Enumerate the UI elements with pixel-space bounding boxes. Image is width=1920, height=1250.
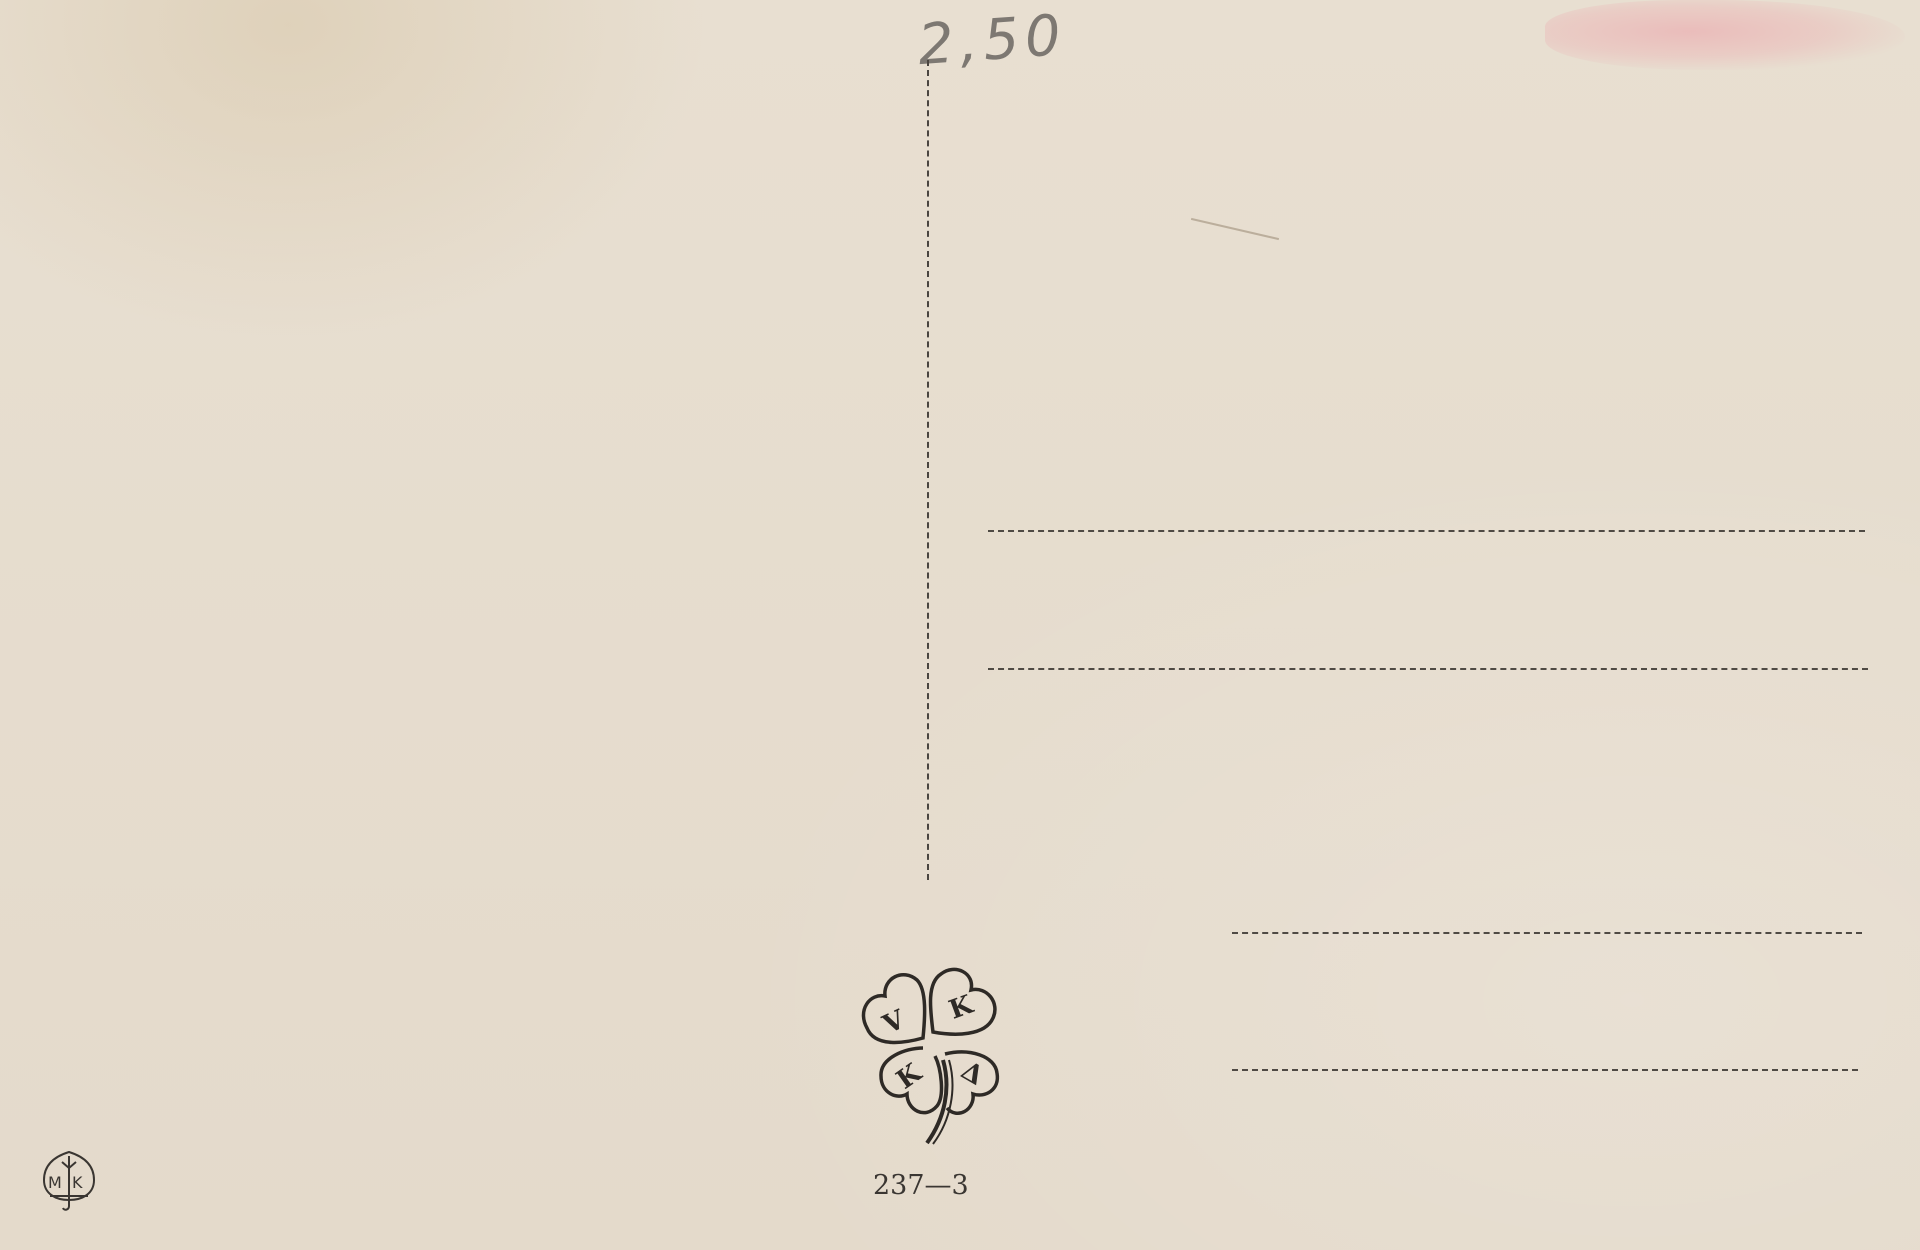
svg-text:Δ: Δ <box>956 1056 988 1092</box>
svg-text:K: K <box>891 1057 928 1095</box>
pink-stain <box>1545 0 1905 70</box>
svg-text:V: V <box>878 1004 911 1040</box>
serial-number: 237—3 <box>873 1170 969 1201</box>
leaf-monogram-icon: M K <box>36 1146 102 1214</box>
paper-scratch <box>1191 218 1279 240</box>
address-line-3 <box>1232 932 1862 934</box>
address-line-1 <box>988 530 1865 532</box>
address-line-2 <box>988 668 1868 670</box>
handwritten-price: 2,50 <box>916 3 1069 78</box>
address-line-4 <box>1232 1069 1858 1071</box>
svg-text:K: K <box>945 989 978 1025</box>
four-leaf-clover-icon: V K K Δ <box>845 948 1015 1148</box>
svg-text:M: M <box>48 1173 62 1192</box>
divider-line <box>927 60 929 880</box>
svg-text:K: K <box>72 1173 83 1192</box>
